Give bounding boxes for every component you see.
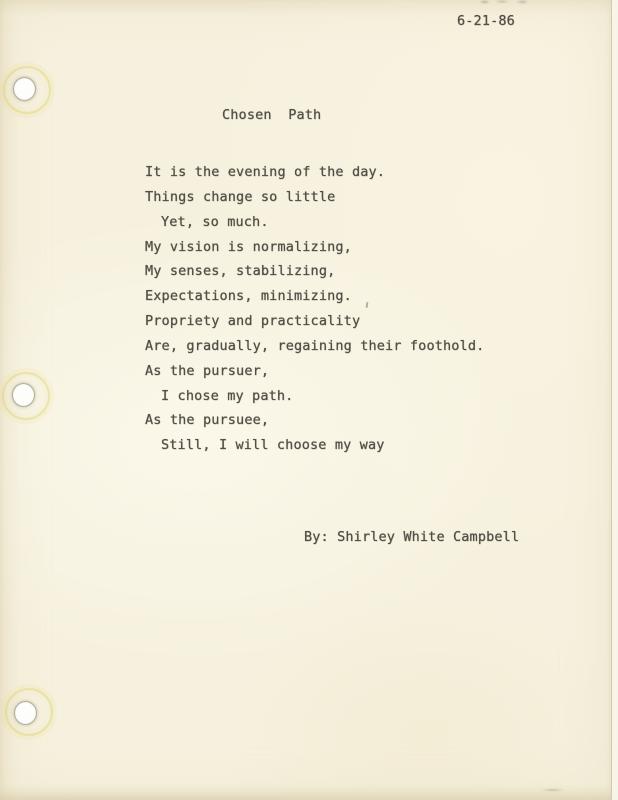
poem-line: Expectations, minimizing. — [145, 284, 484, 309]
poem-line: Things change so little — [145, 185, 484, 210]
poem-line: As the pursuer, — [145, 359, 484, 384]
punch-hole-bottom — [14, 701, 37, 725]
punch-hole-top — [13, 77, 36, 101]
bottom-edge-smudge — [536, 788, 570, 792]
poem-line: Propriety and practicality — [145, 309, 484, 334]
cutoff-pencil-smudge — [476, 0, 534, 5]
poem-line: My vision is normalizing, — [145, 235, 484, 260]
poem-line: My senses, stabilizing, — [145, 259, 484, 284]
punch-hole-middle — [12, 383, 35, 407]
poem-line: As the pursuee, — [145, 408, 484, 433]
poem-body: It is the evening of the day.Things chan… — [145, 160, 484, 458]
date-annotation: 6-21-86 — [457, 13, 515, 29]
poem-line: Still, I will choose my way — [145, 433, 484, 458]
poem-line: Are, gradually, regaining their foothold… — [145, 334, 484, 359]
poem-line: Yet, so much. — [145, 210, 484, 235]
poem-title: Chosen Path — [222, 107, 321, 123]
author-byline: By: Shirley White Campbell — [304, 529, 519, 545]
poem-line: It is the evening of the day. — [145, 160, 484, 185]
poem-line: I chose my path. — [145, 384, 484, 409]
scanned-page: 6-21-86 Chosen Path It is the evening of… — [0, 0, 612, 800]
